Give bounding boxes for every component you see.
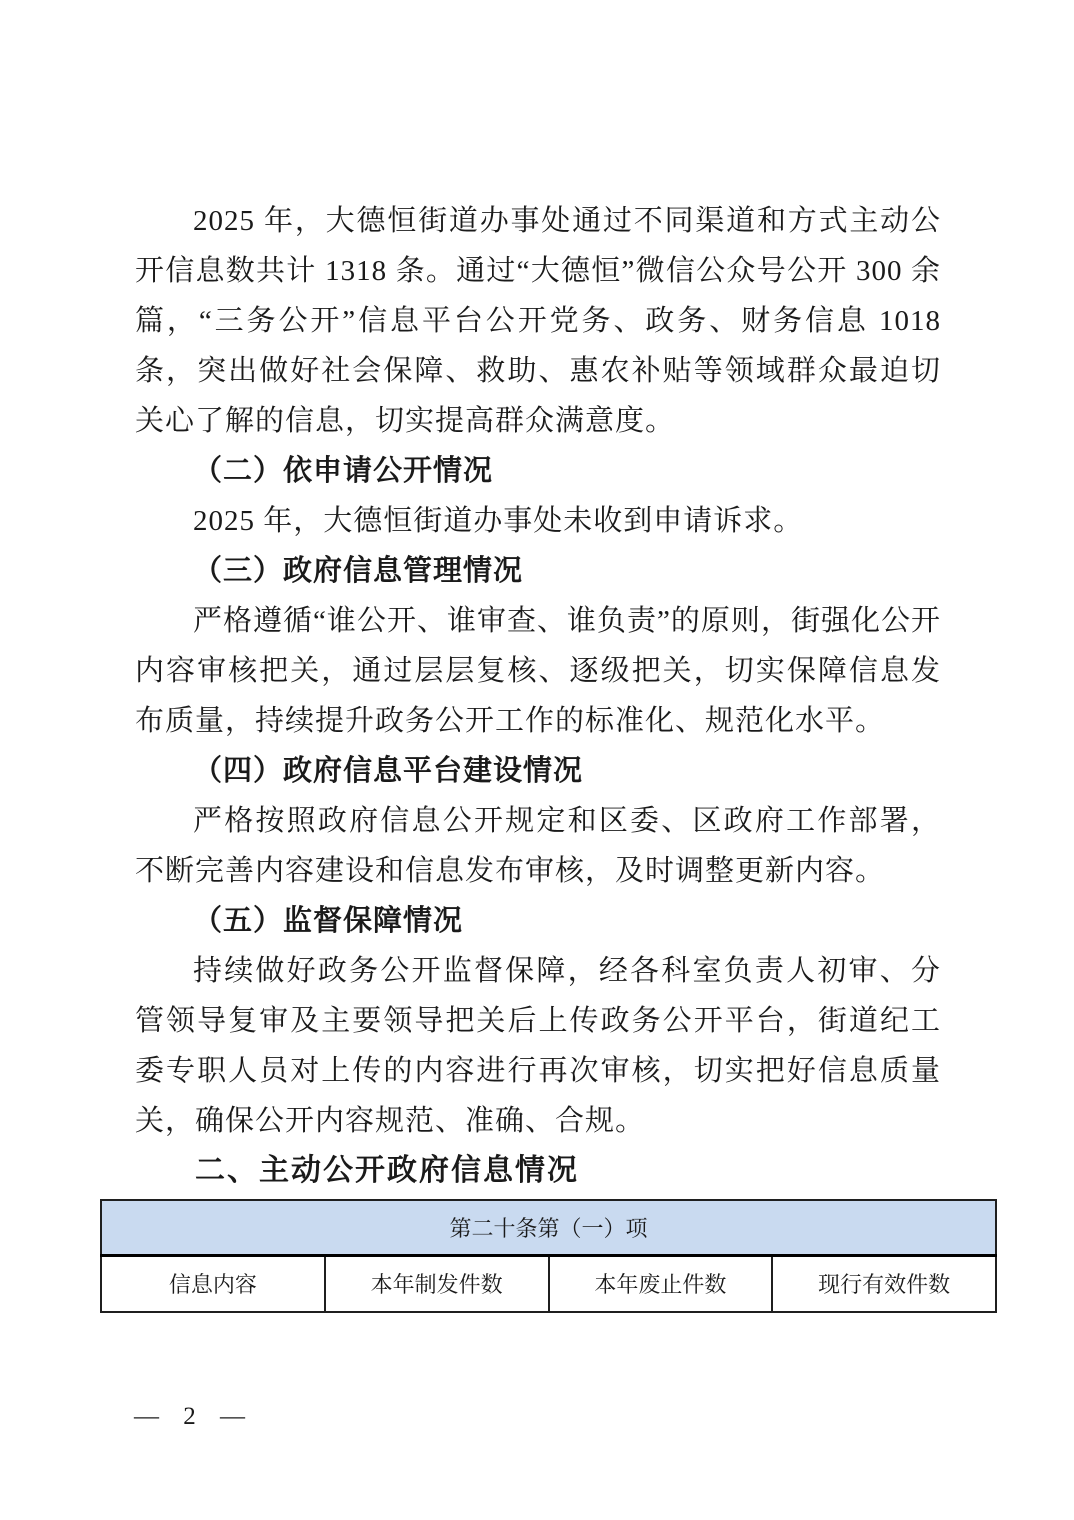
paragraph-on-request: 2025 年，大德恒街道办事处未收到申请诉求。	[135, 496, 941, 546]
section-heading-3-info-management: （三）政府信息管理情况	[135, 546, 941, 596]
disclosure-table: 第二十条第（一）项 信息内容 本年制发件数 本年废止件数 现行有效件数	[100, 1199, 997, 1313]
paragraph-info-management: 严格遵循“谁公开、谁审查、谁负责”的原则，街强化公开内容审核把关，通过层层复核、…	[135, 596, 941, 746]
document-body: 2025 年，大德恒街道办事处通过不同渠道和方式主动公开信息数共计 1318 条…	[135, 196, 941, 1313]
paragraph-supervision: 持续做好政务公开监督保障，经各科室负责人初审、分管领导复审及主要领导把关后上传政…	[135, 946, 941, 1146]
column-header-repealed-this-year: 本年废止件数	[549, 1255, 773, 1312]
section-heading-4-platform-construction: （四）政府信息平台建设情况	[135, 746, 941, 796]
section-heading-5-supervision: （五）监督保障情况	[135, 896, 941, 946]
table-title-article-20-item-1: 第二十条第（一）项	[101, 1200, 996, 1255]
table-column-header-row: 信息内容 本年制发件数 本年废止件数 现行有效件数	[101, 1255, 996, 1312]
page-number: — 2 —	[134, 1403, 247, 1431]
paragraph-active-disclosure-stats: 2025 年，大德恒街道办事处通过不同渠道和方式主动公开信息数共计 1318 条…	[135, 196, 941, 446]
table-title-row: 第二十条第（一）项	[101, 1200, 996, 1255]
document-page: 2025 年，大德恒街道办事处通过不同渠道和方式主动公开信息数共计 1318 条…	[0, 0, 1074, 1520]
column-header-issued-this-year: 本年制发件数	[325, 1255, 549, 1312]
chapter-heading-active-disclosure: 二、主动公开政府信息情况	[135, 1146, 941, 1196]
paragraph-platform-construction: 严格按照政府信息公开规定和区委、区政府工作部署，不断完善内容建设和信息发布审核，…	[135, 796, 941, 896]
column-header-info-content: 信息内容	[101, 1255, 325, 1312]
section-heading-2-on-request: （二）依申请公开情况	[135, 446, 941, 496]
column-header-currently-valid: 现行有效件数	[772, 1255, 996, 1312]
